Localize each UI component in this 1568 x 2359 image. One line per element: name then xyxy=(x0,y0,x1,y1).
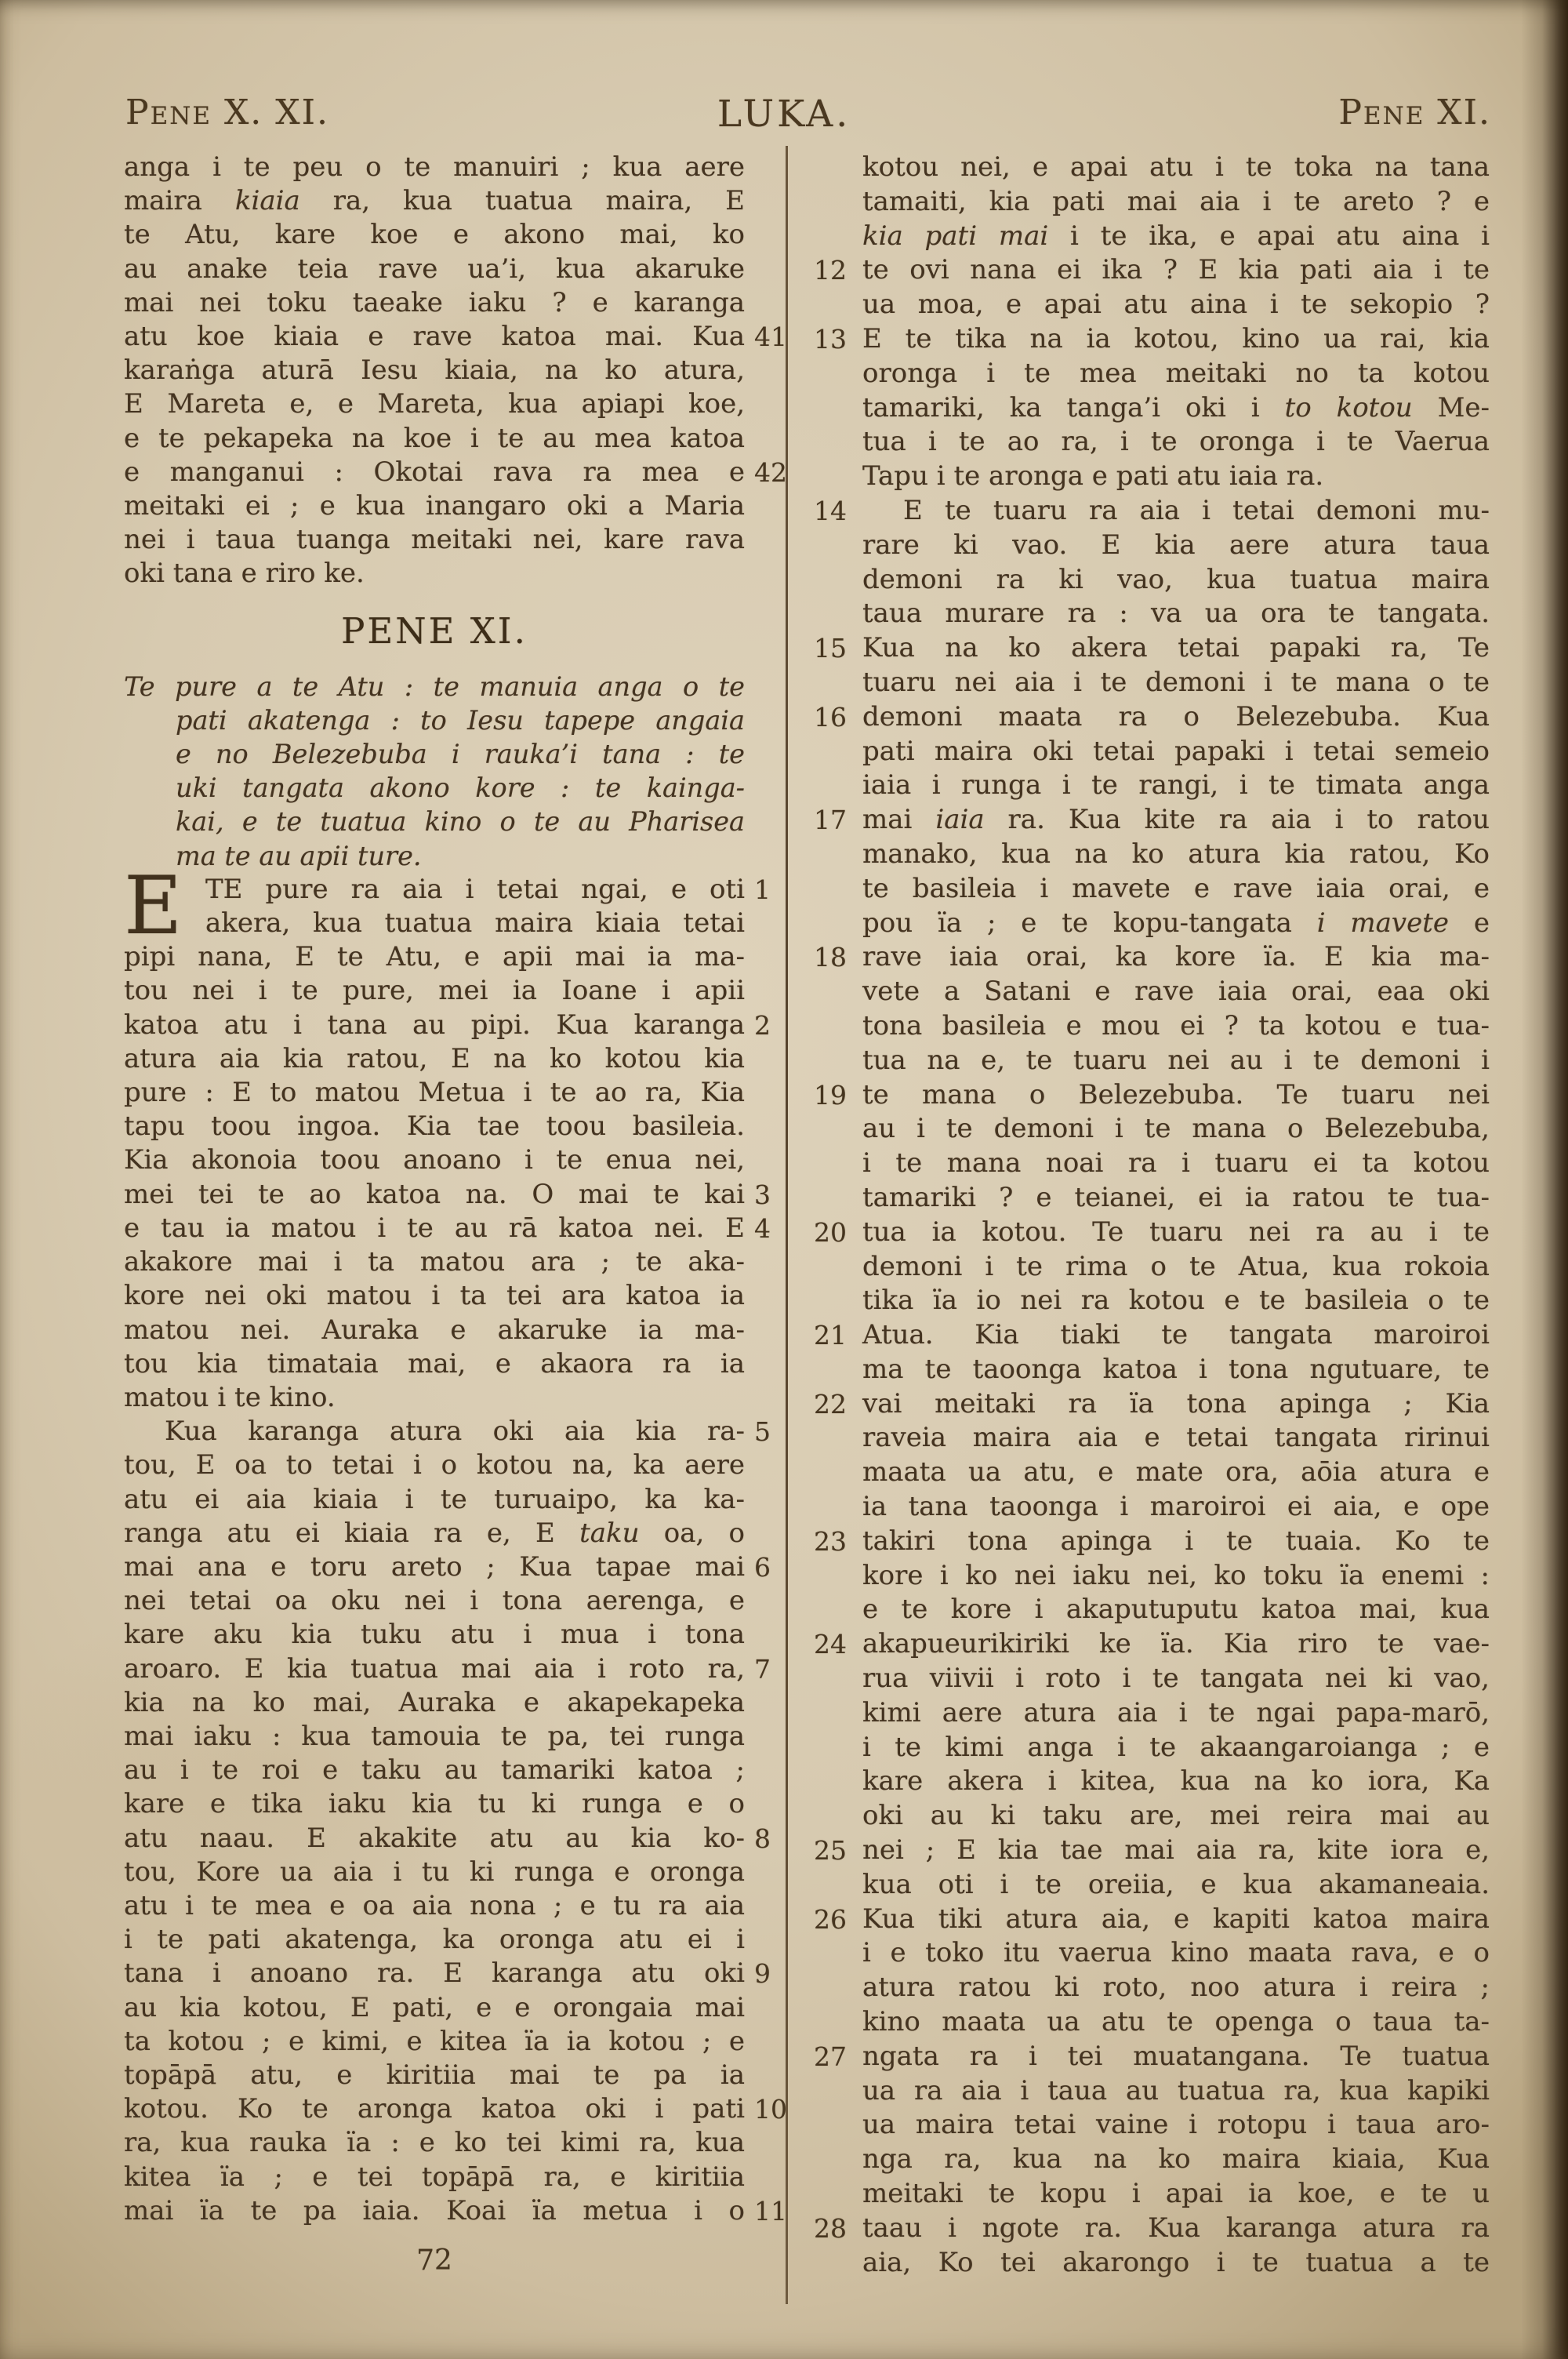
line-text: ma te au apii ture. xyxy=(176,841,422,871)
text-line: 20tua ia kotou. Te tuaru nei ra au i te xyxy=(862,1216,1490,1250)
line-text: tamariki ? e teianei, ei ia ratou te tua… xyxy=(862,1182,1490,1213)
text-line: kino maata ua atu te openga o taua ta- xyxy=(862,2005,1490,2040)
line-text: E te tika na ia kotou, kino ua rai, kia xyxy=(862,323,1490,354)
line-text: tamaiti, kia pati mai aia i te areto ? e xyxy=(862,186,1490,217)
book-page: Pene X. XI. LUKA. Pene XI. anga i te peu… xyxy=(0,0,1568,2359)
text-line: maata ua atu, e mate ora, aōia atura e xyxy=(862,1456,1490,1490)
verse-number: 41 xyxy=(754,320,787,354)
line-text: demoni i te rima o te Atua, kua rokoia xyxy=(862,1251,1490,1282)
verse-number: 21 xyxy=(814,1318,847,1353)
running-head-right: Pene XI. xyxy=(1338,93,1491,133)
line-text: oki tana e riro ke. xyxy=(124,558,365,589)
line-text: ia tana taoonga i maroiroi ei aia, e ope xyxy=(862,1491,1490,1522)
line-text: Kua karanga atura oki aia kia ra- xyxy=(165,1416,745,1447)
line-text: e no Belezebuba i rauka’i tana : te xyxy=(176,739,745,769)
text-line: ua ra aia i taua au tuatua ra, kua kapik… xyxy=(862,2074,1490,2109)
text-line: tika ïa io nei ra kotou e te basileia o … xyxy=(862,1284,1490,1318)
line-text: e te kore i akaputuputu katoa mai, kua xyxy=(862,1594,1490,1625)
text-line: tamariki ? e teianei, ei ia ratou te tua… xyxy=(862,1181,1490,1216)
line-text: kitea ïa ; e tei topāpā ra, e kiritiia xyxy=(124,2161,745,2193)
line-text: meitaki ei ; e kua inangaro oki a Maria xyxy=(124,490,745,522)
text-line: 2katoa atu i tana au pipi. Kua karanga xyxy=(124,1009,745,1042)
line-text: tua na e, te tuaru nei au i te demoni i xyxy=(862,1045,1490,1076)
text-line: tua na e, te tuaru nei au i te demoni i xyxy=(862,1044,1490,1078)
line-text: vete a Satani e rave iaia orai, eaa oki xyxy=(862,976,1490,1007)
line-text: au kia kotou, E pati, e e orongaia mai xyxy=(124,1992,745,2023)
line-text: akakore mai i ta matou ara ; te aka- xyxy=(124,1246,745,1278)
text-line: kare e tika iaku kia tu ki runga e o xyxy=(124,1787,745,1821)
text-line: i te mana noai ra i tuaru ei ta kotou xyxy=(862,1147,1490,1181)
line-text: te basileia i mavete e rave iaia orai, e xyxy=(862,873,1490,904)
line-text: tou, E oa to tetai i o kotou na, ka aere xyxy=(124,1449,745,1481)
line-text: tika ïa io nei ra kotou e te basileia o … xyxy=(862,1285,1490,1316)
text-line: e te pekapeka na koe i te au mea katoa xyxy=(124,422,745,456)
text-line: anga i te peu o te manuiri ; kua aere xyxy=(124,151,745,184)
line-text: atura ratou ki roto, noo atura i reira ; xyxy=(862,1972,1490,2003)
line-text: au anake teia rave ua’i, kua akaruke xyxy=(124,253,745,285)
line-text: anga i te peu o te manuiri ; kua aere xyxy=(124,151,745,183)
line-text: tou, Kore ua aia i tu ki runga e oronga xyxy=(124,1856,745,1888)
line-text: tona basileia e mou ei ? ta kotou e tua- xyxy=(862,1010,1490,1041)
line-text: Kia akonoia toou anoano i te enua nei, xyxy=(124,1144,745,1176)
line-text: tou kia timataia mai, e akaora ra ia xyxy=(124,1348,745,1379)
text-line: pou ïa ; e te kopu-tangata i mavete e xyxy=(862,907,1490,941)
line-text: rare ki vao. E kia aere atura taua xyxy=(862,529,1490,561)
text-line: maira kiaia ra, kua tuatua maira, E xyxy=(124,184,745,218)
text-line: atura aia kia ratou, E na ko kotou kia xyxy=(124,1042,745,1076)
line-text: e te pekapeka na koe i te au mea katoa xyxy=(124,423,745,454)
text-line: i te kimi anga i te akaangaroianga ; e xyxy=(862,1731,1490,1765)
line-text: kai, e te tuatua kino o te au Pharisea xyxy=(176,806,745,837)
text-line: 4e tau ia matou i te au rā katoa nei. E xyxy=(124,1212,745,1245)
line-text: tana i anoano ra. E karanga atu oki xyxy=(124,1957,745,1989)
line-text: kotou nei, e apai atu i te toka na tana xyxy=(862,151,1490,183)
text-line: 9tana i anoano ra. E karanga atu oki xyxy=(124,1957,745,1990)
text-line: atura ratou ki roto, noo atura i reira ; xyxy=(862,1971,1490,2005)
running-head-title: LUKA. xyxy=(0,93,1568,136)
text-line: ranga atu ei kiaia ra e, E taku oa, o xyxy=(124,1517,745,1550)
text-line: taua murare ra : va ua ora te tangata. xyxy=(862,597,1490,631)
text-line: 27ngata ra i tei muatangana. Te tuatua xyxy=(862,2040,1490,2074)
text-line: nga ra, kua na ko maira kiaia, Kua xyxy=(862,2143,1490,2177)
line-text: te ovi nana ei ika ? E kia pati aia i te xyxy=(862,254,1490,285)
line-text: kino maata ua atu te openga o taua ta- xyxy=(862,2006,1490,2037)
text-line: tuaru nei aia i te demoni i te mana o te xyxy=(862,666,1490,700)
line-text: kare aku kia tuku atu i mua i tona xyxy=(124,1619,745,1650)
line-text: Kua na ko akera tetai papaki ra, Te xyxy=(862,632,1490,663)
line-text: i te mana noai ra i tuaru ei ta kotou xyxy=(862,1147,1490,1179)
text-line: meitaki ei ; e kua inangaro oki a Maria xyxy=(124,489,745,523)
line-text: i te kimi anga i te akaangaroianga ; e xyxy=(862,1732,1490,1763)
line-text: mai ana e toru areto ; Kua tapae mai xyxy=(124,1551,745,1583)
line-text: TE pure ra aia i tetai ngai, e oti xyxy=(205,874,745,905)
text-line: tapu toou ingoa. Kia tae toou basileia. xyxy=(124,1110,745,1143)
line-text: kua oti i te oreiia, e kua akamaneaia. xyxy=(862,1869,1490,1900)
text-line: au anake teia rave ua’i, kua akaruke xyxy=(124,253,745,286)
line-text: tua i te ao ra, i te oronga i te Vaerua xyxy=(862,426,1490,457)
line-text: kare akera i kitea, kua na ko iora, Ka xyxy=(862,1765,1490,1797)
verse-number: 22 xyxy=(814,1387,847,1422)
line-text: atu naau. E akakite atu au kia ko- xyxy=(124,1823,745,1854)
text-line: nei i taua tuanga meitaki nei, kare rava xyxy=(124,523,745,557)
line-text: taau i ngote ra. Kua karanga atura ra xyxy=(862,2212,1490,2244)
chapter11-body: E1TE pure ra aia i tetai ngai, e otiaker… xyxy=(124,873,745,2228)
line-text: ta kotou ; e kimi, e kitea ïa ia kotou ;… xyxy=(124,2026,745,2057)
line-text: oki au ki taku are, mei reira mai au xyxy=(862,1800,1490,1831)
text-line: te Atu, kare koe e akono mai, ko xyxy=(124,218,745,252)
text-line: 41atu koe kiaia e rave katoa mai. Kua xyxy=(124,320,745,354)
text-line: 3mei tei te ao katoa na. O mai te kai xyxy=(124,1178,745,1212)
text-line: ma te taoonga katoa i tona ngutuare, te xyxy=(862,1353,1490,1387)
line-text: Kua tiki atura aia, e kapiti katoa maira xyxy=(862,1903,1490,1935)
line-text: au i te demoni i te mana o Belezebuba, xyxy=(862,1113,1490,1144)
text-line: 28taau i ngote ra. Kua karanga atura ra xyxy=(862,2212,1490,2246)
line-text: mai nei toku taeake iaku ? e karanga xyxy=(124,287,745,318)
line-text: ua moa, e apai atu aina i te sekopio ? xyxy=(862,289,1490,320)
text-line: kia pati mai i te ika, e apai atu aina i xyxy=(862,220,1490,254)
text-line: kotou nei, e apai atu i te toka na tana xyxy=(862,151,1490,185)
text-line: tou nei i te pure, mei ia Ioane i apii xyxy=(124,974,745,1008)
verse-number: 27 xyxy=(814,2040,847,2074)
text-line: 22vai meitaki ra ïa tona apinga ; Kia xyxy=(862,1387,1490,1422)
line-text: maira kiaia ra, kua tuatua maira, E xyxy=(124,185,745,216)
text-line: pati maira oki tetai papaki i tetai seme… xyxy=(862,735,1490,769)
text-line: ua moa, e apai atu aina i te sekopio ? xyxy=(862,288,1490,322)
text-line: Kia akonoia toou anoano i te enua nei, xyxy=(124,1143,745,1177)
verse-number: 3 xyxy=(754,1178,771,1212)
text-line: rare ki vao. E kia aere atura taua xyxy=(862,529,1490,563)
line-text: demoni maata ra o Belezebuba. Kua xyxy=(862,701,1490,732)
text-line: tou kia timataia mai, e akaora ra ia xyxy=(124,1347,745,1381)
text-line: kare aku kia tuku atu i mua i tona xyxy=(124,1618,745,1652)
text-line: 7aroaro. E kia tuatua mai aia i roto ra, xyxy=(124,1652,745,1686)
verse-number: 26 xyxy=(814,1903,847,1937)
text-line: 12te ovi nana ei ika ? E kia pati aia i … xyxy=(862,253,1490,288)
line-text: maata ua atu, e mate ora, aōia atura e xyxy=(862,1456,1490,1488)
text-line: demoni i te rima o te Atua, kua rokoia xyxy=(862,1250,1490,1285)
verse-number: 7 xyxy=(754,1652,771,1686)
line-text: ua maira tetai vaine i rotopu i taua aro… xyxy=(862,2109,1490,2140)
text-line: kitea ïa ; e tei topāpā ra, e kiritiia xyxy=(124,2161,745,2194)
line-text: kia pati mai i te ika, e apai atu aina i xyxy=(862,220,1490,252)
text-line: mai nei toku taeake iaku ? e karanga xyxy=(124,286,745,320)
chapter-summary: Te pure a te Atu : te manuia anga o tepa… xyxy=(124,670,745,873)
text-line: kimi aere atura aia i te ngai papa-marō, xyxy=(862,1696,1490,1731)
line-text: akera, kua tuatua maira kiaia tetai xyxy=(205,907,745,939)
text-line: te basileia i mavete e rave iaia orai, e xyxy=(862,872,1490,907)
line-text: nei tetai oa oku nei i tona aerenga, e xyxy=(124,1585,745,1616)
text-line: tou, Kore ua aia i tu ki runga e oronga xyxy=(124,1856,745,1889)
text-line: 8atu naau. E akakite atu au kia ko- xyxy=(124,1822,745,1856)
text-line: vete a Satani e rave iaia orai, eaa oki xyxy=(862,975,1490,1009)
line-text: rua viivii i roto i te tangata nei ki va… xyxy=(862,1663,1490,1694)
line-text: ua ra aia i taua au tuatua ra, kua kapik… xyxy=(862,2075,1490,2106)
text-line: kare akera i kitea, kua na ko iora, Ka xyxy=(862,1765,1490,1799)
text-line: 24akapueurikiriki ke ïa. Kia riro te vae… xyxy=(862,1627,1490,1662)
text-line: au kia kotou, E pati, e e orongaia mai xyxy=(124,1991,745,2025)
verse-number: 14 xyxy=(814,494,847,529)
verse-number: 9 xyxy=(754,1957,771,1990)
line-text: E te tuaru ra aia i tetai demoni mu- xyxy=(903,495,1490,526)
line-text: rave iaia orai, ka kore ïa. E kia ma- xyxy=(862,941,1490,972)
line-text: pure : E to matou Metua i te ao ra, Kia xyxy=(124,1077,745,1108)
text-line: ta kotou ; e kimi, e kitea ïa ia kotou ;… xyxy=(124,2025,745,2059)
text-line: i te pati akatenga, ka oronga atu ei i xyxy=(124,1923,745,1957)
verse-number: 20 xyxy=(814,1216,847,1250)
text-line: iaia i runga i te rangi, i te timata ang… xyxy=(862,769,1490,803)
line-text: atu ei aia kiaia i te turuaipo, ka ka- xyxy=(124,1484,745,1515)
verse-number: 12 xyxy=(814,253,847,288)
text-line: Tapu i te aronga e pati atu iaia ra. xyxy=(862,460,1490,494)
line-text: vai meitaki ra ïa tona apinga ; Kia xyxy=(862,1388,1490,1419)
line-text: nga ra, kua na ko maira kiaia, Kua xyxy=(862,2143,1490,2175)
text-line: i e toko itu vaerua kino maata rava, e o xyxy=(862,1936,1490,1971)
line-text: te mana o Belezebuba. Te tuaru nei xyxy=(862,1079,1490,1110)
text-line: rua viivii i roto i te tangata nei ki va… xyxy=(862,1662,1490,1696)
text-line: manako, kua na ko atura kia ratou, Ko xyxy=(862,838,1490,872)
verse-number: 25 xyxy=(814,1834,847,1868)
line-text: Te pure a te Atu : te manuia anga o te xyxy=(124,671,745,702)
verse-number: 13 xyxy=(814,322,847,357)
line-text: tamariki, ka tanga’i oki i to kotou Me- xyxy=(862,392,1490,423)
verse-number: 6 xyxy=(754,1550,771,1584)
text-line: ra, kua rauka ïa : e ko tei kimi ra, kua xyxy=(124,2126,745,2160)
text-line: matou i te kino. xyxy=(124,1381,745,1415)
text-line: e te kore i akaputuputu katoa mai, kua xyxy=(862,1593,1490,1627)
text-line: 14E te tuaru ra aia i tetai demoni mu- xyxy=(862,494,1490,529)
text-line: ia tana taoonga i maroiroi ei aia, e ope xyxy=(862,1490,1490,1525)
line-text: atu koe kiaia e rave katoa mai. Kua xyxy=(124,321,745,352)
line-text: pipi nana, E te Atu, e apii mai ia ma- xyxy=(124,941,745,972)
text-line: karaṅga aturā Iesu kiaia, na ko atura, xyxy=(124,354,745,387)
text-line: 6mai ana e toru areto ; Kua tapae mai xyxy=(124,1550,745,1584)
text-line: ma te au apii ture. xyxy=(124,839,745,873)
line-text: mai ïa te pa iaia. Koai ïa metua i o xyxy=(124,2195,745,2226)
text-line: kore i ko nei iaku nei, ko toku ïa enemi… xyxy=(862,1559,1490,1594)
verse-number: 15 xyxy=(814,631,847,666)
line-text: ra, kua rauka ïa : e ko tei kimi ra, kua xyxy=(124,2127,745,2158)
text-line: tamaiti, kia pati mai aia i te areto ? e xyxy=(862,185,1490,220)
text-line: aia, Ko tei akarongo i te tuatua a te xyxy=(862,2246,1490,2281)
text-line: tona basileia e mou ei ? ta kotou e tua- xyxy=(862,1009,1490,1044)
line-text: kore i ko nei iaku nei, ko toku ïa enemi… xyxy=(862,1560,1490,1591)
line-text: tuaru nei aia i te demoni i te mana o te xyxy=(862,667,1490,698)
line-text: oronga i te mea meitaki no ta kotou xyxy=(862,358,1490,389)
text-line: akera, kua tuatua maira kiaia tetai xyxy=(124,907,745,940)
right-column: kotou nei, e apai atu i te toka na tanat… xyxy=(862,151,1490,2280)
line-text: uki tangata akono kore : te kainga- xyxy=(176,772,745,803)
chapter10-closing-paragraph: anga i te peu o te manuiri ; kua aeremai… xyxy=(124,151,745,591)
line-text: pati akatenga : to Iesu tapepe angaia xyxy=(176,705,745,736)
text-line: atu ei aia kiaia i te turuaipo, ka ka- xyxy=(124,1483,745,1517)
line-text: atura aia kia ratou, E na ko kotou kia xyxy=(124,1043,745,1074)
text-line: E Mareta e, e Mareta, kua apiapi koe, xyxy=(124,387,745,421)
line-text: takiri tona apinga i te tuaia. Ko te xyxy=(862,1525,1490,1557)
text-line: pure : E to matou Metua i te ao ra, Kia xyxy=(124,1076,745,1110)
text-line: e no Belezebuba i rauka’i tana : te xyxy=(124,737,745,771)
line-text: nei i taua tuanga meitaki nei, kare rava xyxy=(124,524,745,555)
verse-number: 8 xyxy=(754,1822,771,1856)
text-line: kua oti i te oreiia, e kua akamaneaia. xyxy=(862,1868,1490,1903)
text-line: nei tetai oa oku nei i tona aerenga, e xyxy=(124,1584,745,1618)
text-line: matou nei. Auraka e akaruke ia ma- xyxy=(124,1314,745,1347)
verse-number: 10 xyxy=(754,2092,787,2126)
text-line: 11mai ïa te pa iaia. Koai ïa metua i o xyxy=(124,2194,745,2228)
text-line: mai iaku : kua tamouia te pa, tei runga xyxy=(124,1720,745,1754)
verse-number: 5 xyxy=(754,1415,771,1448)
left-column: anga i te peu o te manuiri ; kua aeremai… xyxy=(124,151,745,2228)
line-text: taua murare ra : va ua ora te tangata. xyxy=(862,598,1490,629)
line-text: manako, kua na ko atura kia ratou, Ko xyxy=(862,838,1490,870)
line-text: meitaki te kopu i apai ia koe, e te u xyxy=(862,2178,1490,2209)
line-text: pati maira oki tetai papaki i tetai seme… xyxy=(862,736,1490,767)
line-text: aia, Ko tei akarongo i te tuatua a te xyxy=(862,2247,1490,2278)
line-text: e manganui : Okotai rava ra mea e xyxy=(124,456,745,488)
text-line: tua i te ao ra, i te oronga i te Vaerua xyxy=(862,425,1490,460)
text-line: akakore mai i ta matou ara ; te aka- xyxy=(124,1245,745,1279)
text-line: 13E te tika na ia kotou, kino ua rai, ki… xyxy=(862,322,1490,357)
text-line: ua maira tetai vaine i rotopu i taua aro… xyxy=(862,2108,1490,2143)
text-line: Te pure a te Atu : te manuia anga o te xyxy=(124,670,745,703)
text-line: meitaki te kopu i apai ia koe, e te u xyxy=(862,2177,1490,2212)
line-text: tua ia kotou. Te tuaru nei ra au i te xyxy=(862,1216,1490,1248)
verse-number: 1 xyxy=(754,873,771,907)
line-text: te Atu, kare koe e akono mai, ko xyxy=(124,219,745,250)
line-text: Tapu i te aronga e pati atu iaia ra. xyxy=(862,460,1323,492)
line-text: pou ïa ; e te kopu-tangata i mavete e xyxy=(862,907,1490,939)
verse-number: 4 xyxy=(754,1212,771,1245)
text-line: oki au ki taku are, mei reira mai au xyxy=(862,1799,1490,1834)
line-text: karaṅga aturā Iesu kiaia, na ko atura, xyxy=(124,354,745,386)
text-line: kia na ko mai, Auraka e akapekapeka xyxy=(124,1686,745,1720)
text-line: 42e manganui : Okotai rava ra mea e xyxy=(124,456,745,489)
text-line: oki tana e riro ke. xyxy=(124,557,745,591)
text-line: raveia maira aia e tetai tangata ririnui xyxy=(862,1421,1490,1456)
text-line: pipi nana, E te Atu, e apii mai ia ma- xyxy=(124,940,745,974)
page-number: 72 xyxy=(124,2245,745,2277)
text-line: 1TE pure ra aia i tetai ngai, e oti xyxy=(124,873,745,907)
text-line: 10kotou. Ko te aronga katoa oki i pati xyxy=(124,2092,745,2126)
line-text: matou i te kino. xyxy=(124,1382,336,1413)
line-text: topāpā atu, e kiritiia mai te pa ia xyxy=(124,2059,745,2091)
line-text: au i te roi e taku au tamariki katoa ; xyxy=(124,1754,745,1786)
line-text: ma te taoonga katoa i tona ngutuare, te xyxy=(862,1354,1490,1385)
line-text: Atua. Kia tiaki te tangata maroiroi xyxy=(862,1319,1490,1350)
line-text: e tau ia matou i te au rā katoa nei. E xyxy=(124,1212,745,1244)
line-text: mei tei te ao katoa na. O mai te kai xyxy=(124,1179,745,1210)
text-line: kore nei oki matou i ta tei ara katoa ia xyxy=(124,1279,745,1313)
text-line: pati akatenga : to Iesu tapepe angaia xyxy=(124,703,745,737)
text-line: demoni ra ki vao, kua tuatua maira xyxy=(862,563,1490,598)
line-text: aroaro. E kia tuatua mai aia i roto ra, xyxy=(124,1653,745,1685)
line-text: katoa atu i tana au pipi. Kua karanga xyxy=(124,1009,745,1041)
verse-number: 42 xyxy=(754,456,787,489)
line-text: demoni ra ki vao, kua tuatua maira xyxy=(862,564,1490,595)
line-text: ranga atu ei kiaia ra e, E taku oa, o xyxy=(124,1518,745,1549)
line-text: kore nei oki matou i ta tei ara katoa ia xyxy=(124,1280,745,1311)
text-line: uki tangata akono kore : te kainga- xyxy=(124,771,745,805)
text-line: 15Kua na ko akera tetai papaki ra, Te xyxy=(862,631,1490,666)
text-line: 17mai iaia ra. Kua kite ra aia i to rato… xyxy=(862,803,1490,838)
line-text: kare e tika iaku kia tu ki runga e o xyxy=(124,1788,745,1819)
text-line: 19te mana o Belezebuba. Te tuaru nei xyxy=(862,1078,1490,1113)
line-text: kotou. Ko te aronga katoa oki i pati xyxy=(124,2093,745,2125)
text-line: tou, E oa to tetai i o kotou na, ka aere xyxy=(124,1448,745,1482)
line-text: E Mareta e, e Mareta, kua apiapi koe, xyxy=(124,388,745,420)
text-line: 18rave iaia orai, ka kore ïa. E kia ma- xyxy=(862,940,1490,975)
verse-number: 18 xyxy=(814,940,847,975)
verse-number: 17 xyxy=(814,803,847,838)
chapter11-body-continued: kotou nei, e apai atu i te toka na tanat… xyxy=(862,151,1490,2280)
line-text: ngata ra i tei muatangana. Te tuatua xyxy=(862,2041,1490,2072)
verse-number: 23 xyxy=(814,1525,847,1559)
line-text: i te pati akatenga, ka oronga atu ei i xyxy=(124,1924,745,1955)
text-line: 26Kua tiki atura aia, e kapiti katoa mai… xyxy=(862,1903,1490,1937)
chapter-heading: PENE XI. xyxy=(124,610,745,652)
line-text: kimi aere atura aia i te ngai papa-marō, xyxy=(862,1697,1490,1728)
text-line: 23takiri tona apinga i te tuaia. Ko te xyxy=(862,1525,1490,1559)
verse-number: 28 xyxy=(814,2212,847,2246)
text-line: kai, e te tuatua kino o te au Pharisea xyxy=(124,805,745,838)
line-text: tapu toou ingoa. Kia tae toou basileia. xyxy=(124,1110,745,1142)
line-text: nei ; E kia tae mai aia ra, kite iora e, xyxy=(862,1834,1490,1866)
line-text: iaia i runga i te rangi, i te timata ang… xyxy=(862,769,1490,801)
text-line: topāpā atu, e kiritiia mai te pa ia xyxy=(124,2059,745,2092)
text-line: oronga i te mea meitaki no ta kotou xyxy=(862,357,1490,391)
text-line: au i te demoni i te mana o Belezebuba, xyxy=(862,1112,1490,1147)
text-line: 25nei ; E kia tae mai aia ra, kite iora … xyxy=(862,1834,1490,1868)
verse-number: 24 xyxy=(814,1627,847,1662)
line-text: tou nei i te pure, mei ia Ioane i apii xyxy=(124,975,745,1006)
verse-number: 16 xyxy=(814,700,847,735)
line-text: atu i te mea e oa aia nona ; e tu ra aia xyxy=(124,1890,745,1921)
line-text: raveia maira aia e tetai tangata ririnui xyxy=(862,1422,1490,1453)
verse-number: 11 xyxy=(754,2194,787,2228)
text-line: atu i te mea e oa aia nona ; e tu ra aia xyxy=(124,1889,745,1923)
line-text: i e toko itu vaerua kino maata rava, e o xyxy=(862,1937,1490,1968)
verse-number: 19 xyxy=(814,1078,847,1113)
line-text: mai iaia ra. Kua kite ra aia i to ratou xyxy=(862,804,1490,835)
line-text: mai iaku : kua tamouia te pa, tei runga xyxy=(124,1721,745,1752)
text-line: tamariki, ka tanga’i oki i to kotou Me- xyxy=(862,391,1490,426)
line-text: akapueurikiriki ke ïa. Kia riro te vae- xyxy=(862,1628,1490,1659)
verse-number: 2 xyxy=(754,1009,771,1042)
text-line: 5Kua karanga atura oki aia kia ra- xyxy=(124,1415,745,1448)
text-line: 21Atua. Kia tiaki te tangata maroiroi xyxy=(862,1318,1490,1353)
line-text: kia na ko mai, Auraka e akapekapeka xyxy=(124,1687,745,1718)
text-line: 16demoni maata ra o Belezebuba. Kua xyxy=(862,700,1490,735)
line-text: matou nei. Auraka e akaruke ia ma- xyxy=(124,1314,745,1346)
text-line: au i te roi e taku au tamariki katoa ; xyxy=(124,1754,745,1787)
